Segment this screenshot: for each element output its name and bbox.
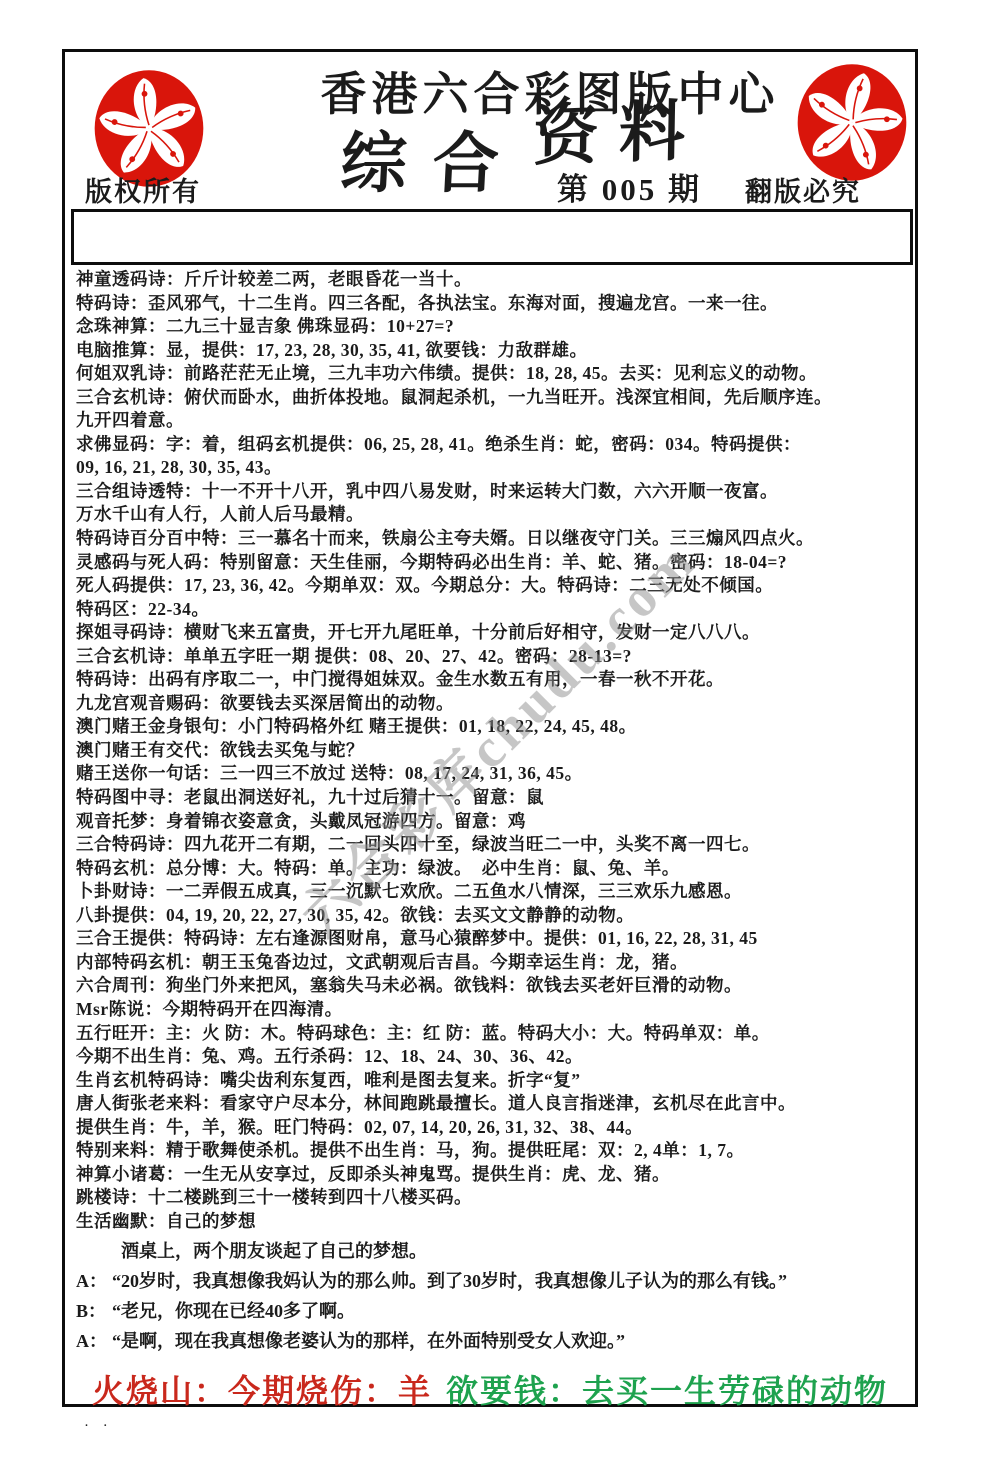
text-line: 特别来料：精于歌舞使杀机。提供不出生肖：马，狗。提供旺尾：双：2, 4单：1, …	[76, 1139, 908, 1163]
text-line: 何姐双乳诗：前路茫茫无止境，三九丰功六伟绩。提供：18, 28, 45。去买：见…	[76, 362, 908, 386]
dialogue-line: 酒桌上，两个朋友谈起了自己的梦想。	[76, 1236, 908, 1266]
text-line: 三合玄机诗：单单五字旺一期 提供：08、20、27、42。密码：28-13=?	[76, 645, 908, 669]
main-title-left: 综合	[339, 110, 528, 205]
text-line: 神童透码诗：斤斤计较差二两，老眼昏花一当十。	[76, 268, 908, 292]
body-content: 神童透码诗：斤斤计较差二两，老眼昏花一当十。特码诗：歪风邪气，十二生肖。四三各配…	[76, 268, 908, 1356]
text-line: 三合玄机诗：俯伏而卧水，曲折体投地。鼠洞起杀机，一九当旺开。浅深宜相间，先后顺序…	[76, 386, 908, 410]
text-line: 三合组诗透特：十一不开十八开，乳中四八易发财，时来运转大门数，六六开顺一夜富。	[76, 480, 908, 504]
text-line: Msr陈说：今期特码开在四海清。	[76, 998, 908, 1022]
text-line: 特码玄机：总分博：大。特码：单。主功：绿波。 必中生肖：鼠、兔、羊。	[76, 857, 908, 881]
text-line: 提供生肖：牛，羊，猴。旺门特码：02, 07, 14, 20, 26, 31, …	[76, 1116, 908, 1140]
text-line: 09, 16, 21, 28, 30, 35, 43。	[76, 456, 908, 480]
dialogue-speaker: A：	[76, 1326, 112, 1356]
empty-header-box	[71, 209, 913, 265]
footer-dots: · ·	[84, 1418, 113, 1435]
text-line: 赌王送你一句话：三一四三不放过 送特：08, 17, 24, 31, 36, 4…	[76, 762, 908, 786]
text-line: 卜卦财诗：一二弄假五成真，三一沉默七欢欣。二五鱼水八情深，三三欢乐九感恩。	[76, 880, 908, 904]
text-line: 唐人街张老来料：看家守户尽本分，林间跑跳最擅长。道人良言指迷津，玄机尽在此言中。	[76, 1092, 908, 1116]
text-line: 五行旺开：主：火 防：木。特码球色：主：红 防：蓝。特码大小：大。特码单双：单。	[76, 1022, 908, 1046]
copyright-left: 版权所有	[85, 170, 201, 209]
dialogue-speaker: A：	[76, 1266, 112, 1296]
page-frame: 香港六合彩图版中心 综合 资料 第 005 期 版权所有 翻版必究 神童透码诗：…	[62, 49, 918, 1407]
dialogue-text: “是啊，现在我真想像老婆认为的那样，在外面特别受女人欢迎。”	[112, 1331, 625, 1351]
text-line: 特码区：22-34。	[76, 598, 908, 622]
lottery-info-sheet: { "header": { "title_top": "香港六合彩图版中心", …	[0, 0, 984, 1457]
text-line: 九龙宫观音赐码：欲要钱去买深居简出的动物。	[76, 692, 908, 716]
bottom-banner: 火烧山：今期烧伤：羊欲要钱：去买一生劳碌的动物	[65, 1366, 915, 1412]
text-line: 八卦提供：04, 19, 20, 22, 27, 30, 35, 42。欲钱：去…	[76, 904, 908, 928]
dialogue-line: A：“20岁时，我真想像我妈认为的那么帅。到了30岁时，我真想像儿子认为的那么有…	[76, 1266, 908, 1296]
text-line: 特码诗百分百中特：三一慕名十而来，铁扇公主夸夫婿。日以继夜守门关。三三煽风四点火…	[76, 527, 908, 551]
bauhinia-flower-icon	[796, 63, 908, 182]
text-line: 生活幽默：自己的梦想	[76, 1210, 908, 1234]
text-line: 六合周刊：狗坐门外来把风，塞翁失马未必祸。欲钱料：欲钱去买老奸巨滑的动物。	[76, 974, 908, 998]
text-line: 生肖玄机特码诗：嘴尖齿利东复西，唯利是图去复来。折字“复”	[76, 1069, 908, 1093]
text-line: 念珠神算：二九三十显吉象 佛珠显码：10+27=?	[76, 315, 908, 339]
text-line: 澳门赌王有交代：欲钱去买兔与蛇？	[76, 739, 908, 763]
dialogue-text: 酒桌上，两个朋友谈起了自己的梦想。	[112, 1241, 427, 1261]
text-line: 死人码提供：17, 23, 36, 42。今期单双：双。今期总分：大。特码诗：二…	[76, 574, 908, 598]
text-line: 三合王提供：特码诗：左右逢源图财帛，意马心猿醉梦中。提供：01, 16, 22,…	[76, 927, 908, 951]
text-line: 特码图中寻：老鼠出洞送好礼，九十过后猜十一。留意：鼠	[76, 786, 908, 810]
dialogue-text: “老兄，你现在已经40多了啊。	[112, 1301, 355, 1321]
text-line: 九开四着意。	[76, 409, 908, 433]
dialogue-line: B：“老兄，你现在已经40多了啊。	[76, 1296, 908, 1326]
dialogue-section: 酒桌上，两个朋友谈起了自己的梦想。A：“20岁时，我真想像我妈认为的那么帅。到了…	[76, 1236, 908, 1356]
dialogue-text: “20岁时，我真想像我妈认为的那么帅。到了30岁时，我真想像儿子认为的那么有钱。…	[112, 1271, 787, 1291]
main-title-right: 资料	[532, 77, 706, 178]
text-line: 灵感码与死人码：特别留意：天生佳丽，今期特码必出生肖：羊、蛇、猪。密码：18-0…	[76, 551, 908, 575]
text-line: 三合特码诗：四九花开二有期，二一回头四十至，绿波当旺二一中，头奖不离一四七。	[76, 833, 908, 857]
text-line: 求佛显码：字：着，组码玄机提供：06, 25, 28, 41。绝杀生肖：蛇，密码…	[76, 433, 908, 457]
banner-green-text: 欲要钱：去买一生劳碌的动物	[432, 1373, 888, 1409]
text-line: 澳门赌王金身银句：小门特码格外红 赌王提供：01, 18, 22, 24, 45…	[76, 715, 908, 739]
body-lines: 神童透码诗：斤斤计较差二两，老眼昏花一当十。特码诗：歪风邪气，十二生肖。四三各配…	[76, 268, 908, 1233]
text-line: 内部特码玄机：朝王玉兔沓边过，文武朝观后吉昌。今期幸运生肖：龙，猪。	[76, 951, 908, 975]
text-line: 今期不出生肖：兔、鸡。五行杀码：12、18、24、30、36、42。	[76, 1045, 908, 1069]
text-line: 电脑推算：显，提供：17, 23, 28, 30, 35, 41, 欲要钱：力敌…	[76, 339, 908, 363]
text-line: 特码诗：歪风邪气，十二生肖。四三各配，各执法宝。东海对面，搜遍龙宫。一来一往。	[76, 292, 908, 316]
text-line: 探姐寻码诗：横财飞来五富贵，开七开九尾旺单，十分前后好相守，发财一定八八八。	[76, 621, 908, 645]
text-line: 特码诗：出码有序取二一，中门搅得姐妹双。金生水数五有用，一春一秋不开花。	[76, 668, 908, 692]
issue-number: 第 005 期	[557, 164, 702, 209]
hk-bauhinia-logo-right	[796, 63, 908, 182]
dialogue-line: A：“是啊，现在我真想像老婆认为的那样，在外面特别受女人欢迎。”	[76, 1326, 908, 1356]
dialogue-speaker: B：	[76, 1296, 112, 1326]
text-line: 神算小诸葛：一生无从安享过，反即杀头神鬼骂。提供生肖：虎、龙、猪。	[76, 1163, 908, 1187]
text-line: 观音托梦：身着锦衣姿意贪，头戴凤冠游四方。留意：鸡	[76, 810, 908, 834]
banner-red-text: 火烧山：今期烧伤：羊	[92, 1373, 432, 1409]
text-line: 万水千山有人行，人前人后马最精。	[76, 503, 908, 527]
text-line: 跳楼诗：十二楼跳到三十一楼转到四十八楼买码。	[76, 1186, 908, 1210]
copyright-right: 翻版必究	[745, 170, 861, 209]
